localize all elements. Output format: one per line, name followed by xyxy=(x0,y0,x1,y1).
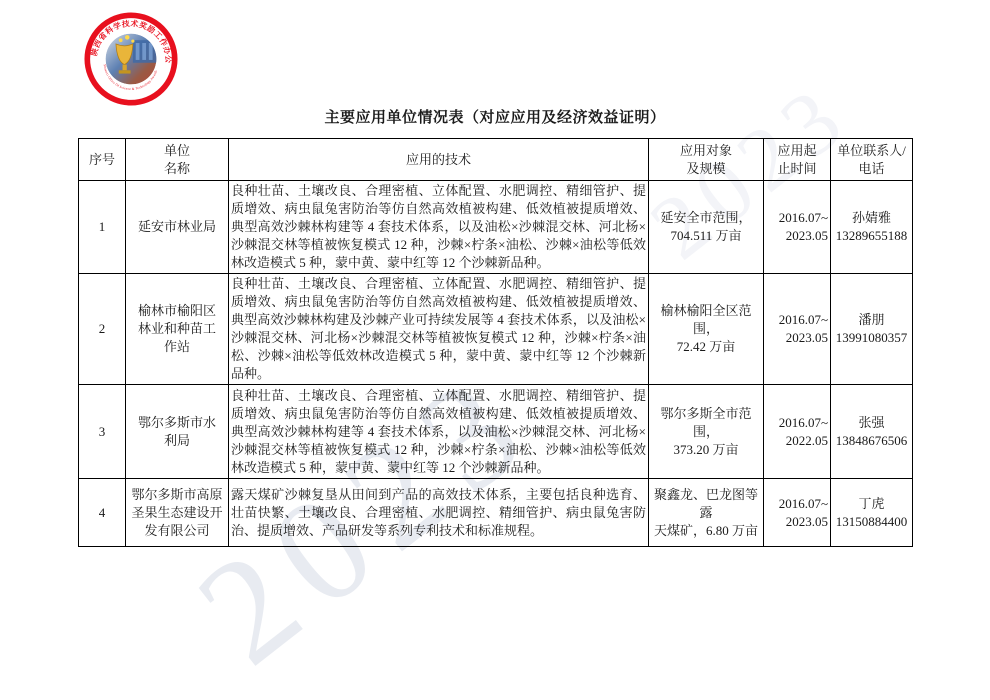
cell-unit-name: 鄂尔多斯市高原 圣果生态建设开 发有限公司 xyxy=(126,479,229,547)
document-page: 2023 2023 xyxy=(0,0,990,700)
page-title: 主要应用单位情况表（对应应用及经济效益证明） xyxy=(0,106,990,127)
cell-contact: 孙婧雅 13289655188 xyxy=(831,181,913,274)
seal-logo-graphic: 陕西省科学技术奖励工作办公室 Shaanxi Office Of Science… xyxy=(84,12,178,106)
cell-period: 2016.07~ 2023.05 xyxy=(764,479,831,547)
cell-no: 2 xyxy=(79,274,126,385)
cell-target-scale: 鄂尔多斯全市范围， 373.20 万亩 xyxy=(649,385,764,479)
cell-period: 2016.07~ 2022.05 xyxy=(764,385,831,479)
table-header-row: 序号 单位 名称 应用的技术 应用对象 及规模 应用起 止时间 单位联系人/ 电… xyxy=(79,139,913,181)
header-unit-name: 单位 名称 xyxy=(126,139,229,181)
header-technology: 应用的技术 xyxy=(229,139,649,181)
header-period: 应用起 止时间 xyxy=(764,139,831,181)
cell-no: 1 xyxy=(79,181,126,274)
cell-contact: 潘朋 13991080357 xyxy=(831,274,913,385)
cell-target-scale: 延安全市范围， 704.511 万亩 xyxy=(649,181,764,274)
table-row: 4 鄂尔多斯市高原 圣果生态建设开 发有限公司 露天煤矿沙棘复垦从田间到产品的高… xyxy=(79,479,913,547)
cell-unit-name: 延安市林业局 xyxy=(126,181,229,274)
cell-technology: 良种壮苗、土壤改良、合理密植、立体配置、水肥调控、精细管护、提质增效、病虫鼠兔害… xyxy=(229,385,649,479)
cell-technology: 良种壮苗、土壤改良、合理密植、立体配置、水肥调控、精细管护、提质增效、病虫鼠兔害… xyxy=(229,181,649,274)
application-units-table: 序号 单位 名称 应用的技术 应用对象 及规模 应用起 止时间 单位联系人/ 电… xyxy=(78,138,913,547)
cell-unit-name: 鄂尔多斯市水 利局 xyxy=(126,385,229,479)
office-seal-logo: 陕西省科学技术奖励工作办公室 Shaanxi Office Of Science… xyxy=(84,12,178,106)
cell-period: 2016.07~ 2023.05 xyxy=(764,181,831,274)
header-contact: 单位联系人/ 电话 xyxy=(831,139,913,181)
header-target-scale: 应用对象 及规模 xyxy=(649,139,764,181)
header-no: 序号 xyxy=(79,139,126,181)
cell-technology: 良种壮苗、土壤改良、合理密植、立体配置、水肥调控、精细管护、提质增效、病虫鼠兔害… xyxy=(229,274,649,385)
cell-no: 4 xyxy=(79,479,126,547)
cell-contact: 丁虎 13150884400 xyxy=(831,479,913,547)
cell-technology: 露天煤矿沙棘复垦从田间到产品的高效技术体系，主要包括良种选育、壮苗快繁、土壤改良… xyxy=(229,479,649,547)
table-row: 3 鄂尔多斯市水 利局 良种壮苗、土壤改良、合理密植、立体配置、水肥调控、精细管… xyxy=(79,385,913,479)
cell-unit-name: 榆林市榆阳区 林业和种苗工 作站 xyxy=(126,274,229,385)
cell-target-scale: 榆林榆阳全区范围， 72.42 万亩 xyxy=(649,274,764,385)
cell-contact: 张强 13848676506 xyxy=(831,385,913,479)
cell-target-scale: 聚鑫龙、巴龙图等露 天煤矿，6.80 万亩 xyxy=(649,479,764,547)
cell-no: 3 xyxy=(79,385,126,479)
table-row: 2 榆林市榆阳区 林业和种苗工 作站 良种壮苗、土壤改良、合理密植、立体配置、水… xyxy=(79,274,913,385)
cell-period: 2016.07~ 2023.05 xyxy=(764,274,831,385)
table-row: 1 延安市林业局 良种壮苗、土壤改良、合理密植、立体配置、水肥调控、精细管护、提… xyxy=(79,181,913,274)
